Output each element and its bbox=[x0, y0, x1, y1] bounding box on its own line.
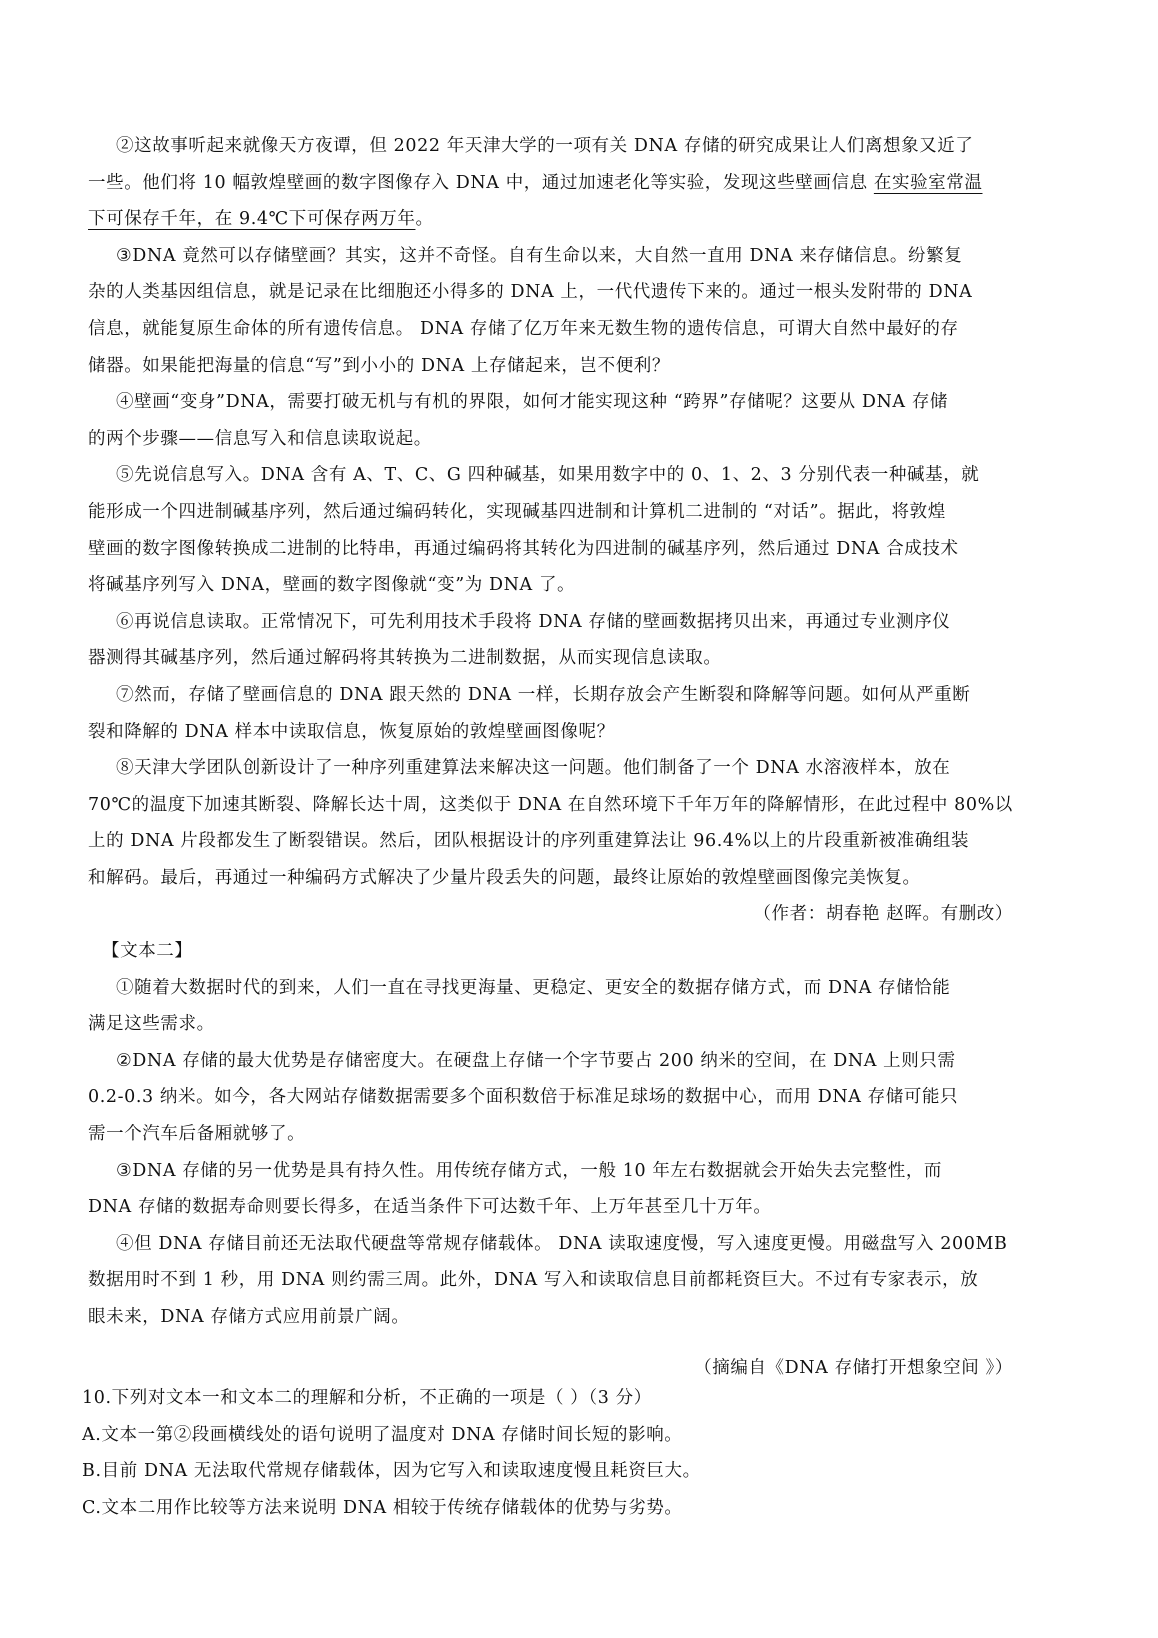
text-line: ⑤先说信息写入。DNA 含有 A、T、C、G 四种碱基，如果用数字中的 0、1、… bbox=[88, 457, 1023, 494]
text-line: 器测得其碱基序列，然后通过解码将其转换为二进制数据，从而实现信息读取。 bbox=[88, 640, 1023, 677]
text-span: 一些。他们将 10 幅敦煌壁画的数字图像存入 DNA 中，通过加速老化等实验，发… bbox=[88, 173, 874, 193]
text-line: 眼未来，DNA 存储方式应用前景广阔。 bbox=[88, 1299, 1023, 1336]
text-line: ③DNA 竟然可以存储壁画？其实，这并不奇怪。自有生命以来，大自然一直用 DNA… bbox=[88, 238, 1023, 275]
text-line: 下可保存千年，在 9.4℃下可保存两万年。 bbox=[88, 201, 1023, 238]
paragraph-t1-p5: ⑤先说信息写入。DNA 含有 A、T、C、G 四种碱基，如果用数字中的 0、1、… bbox=[88, 457, 1023, 603]
option-b: B.目前 DNA 无法取代常规存储载体，因为它写入和读取速度慢且耗资巨大。 bbox=[82, 1453, 1023, 1490]
paragraph-t1-p4: ④壁画“变身”DNA，需要打破无机与有机的界限，如何才能实现这种 “跨界”存储呢… bbox=[88, 384, 1023, 457]
text-line: 70℃的温度下加速其断裂、降解长达十周，这类似于 DNA 在自然环境下千年万年的… bbox=[88, 787, 1023, 824]
text-line: 上的 DNA 片段都发生了断裂错误。然后，团队根据设计的序列重建算法让 96.4… bbox=[88, 823, 1023, 860]
underlined-text: 下可保存千年，在 9.4℃下可保存两万年 bbox=[88, 209, 415, 229]
paragraph-t1-p7: ⑦然而，存储了壁画信息的 DNA 跟天然的 DNA 一样，长期存放会产生断裂和降… bbox=[88, 677, 1023, 750]
text-line: ⑥再说信息读取。正常情况下，可先利用技术手段将 DNA 存储的壁画数据拷贝出来，… bbox=[88, 604, 1023, 641]
paragraph-t2-p4: ④但 DNA 存储目前还无法取代硬盘等常规存储载体。 DNA 读取速度慢，写入速… bbox=[88, 1226, 1023, 1336]
option-c: C.文本二用作比较等方法来说明 DNA 相较于传统存储载体的优势与劣势。 bbox=[82, 1490, 1023, 1527]
paragraph-t1-p6: ⑥再说信息读取。正常情况下，可先利用技术手段将 DNA 存储的壁画数据拷贝出来，… bbox=[88, 604, 1023, 677]
text-span: 。 bbox=[415, 209, 433, 229]
question-10: 10.下列对文本一和文本二的理解和分析，不正确的一项是（ ）（3 分） A.文本… bbox=[88, 1380, 1023, 1526]
paragraph-t1-p8: ⑧天津大学团队创新设计了一种序列重建算法来解决这一问题。他们制备了一个 DNA … bbox=[88, 750, 1023, 896]
underlined-text: 在实验室常温 bbox=[874, 173, 983, 193]
text-line: ④但 DNA 存储目前还无法取代硬盘等常规存储载体。 DNA 读取速度慢，写入速… bbox=[88, 1226, 1023, 1263]
paragraph-t1-p2: ②这故事听起来就像天方夜谭，但 2022 年天津大学的一项有关 DNA 存储的研… bbox=[88, 128, 1023, 238]
text-line: 和解码。最后，再通过一种编码方式解决了少量片段丢失的问题，最终让原始的敦煌壁画图… bbox=[88, 860, 1023, 897]
paragraph-t2-p3: ③DNA 存储的另一优势是具有持久性。用传统存储方式，一般 10 年左右数据就会… bbox=[88, 1153, 1023, 1226]
text-line: 一些。他们将 10 幅敦煌壁画的数字图像存入 DNA 中，通过加速老化等实验，发… bbox=[88, 165, 1023, 202]
text-line: ②这故事听起来就像天方夜谭，但 2022 年天津大学的一项有关 DNA 存储的研… bbox=[88, 128, 1023, 165]
text-line: 储器。如果能把海量的信息“写”到小小的 DNA 上存储起来，岂不便利？ bbox=[88, 348, 1023, 385]
text-line: ②DNA 存储的最大优势是存储密度大。在硬盘上存储一个字节要占 200 纳米的空… bbox=[88, 1043, 1023, 1080]
text-line: ④壁画“变身”DNA，需要打破无机与有机的界限，如何才能实现这种 “跨界”存储呢… bbox=[88, 384, 1023, 421]
text-line: ①随着大数据时代的到来，人们一直在寻找更海量、更稳定、更安全的数据存储方式，而 … bbox=[88, 970, 1023, 1007]
text-line: 满足这些需求。 bbox=[88, 1006, 1023, 1043]
paragraph-t2-p1: ①随着大数据时代的到来，人们一直在寻找更海量、更稳定、更安全的数据存储方式，而 … bbox=[88, 970, 1023, 1043]
text-line: DNA 存储的数据寿命则要长得多，在适当条件下可达数千年、上万年甚至几十万年。 bbox=[88, 1189, 1023, 1226]
text2-heading: 【文本二】 bbox=[88, 933, 1023, 970]
text-line: 杂的人类基因组信息，就是记录在比细胞还小得多的 DNA 上，一代代遗传下来的。通… bbox=[88, 274, 1023, 311]
text-line: 需一个汽车后备厢就够了。 bbox=[88, 1116, 1023, 1153]
paragraph-t2-p2: ②DNA 存储的最大优势是存储密度大。在硬盘上存储一个字节要占 200 纳米的空… bbox=[88, 1043, 1023, 1153]
text-line: 0.2-0.3 纳米。如今，各大网站存储数据需要多个面积数倍于标准足球场的数据中… bbox=[88, 1079, 1023, 1116]
text-line: ⑦然而，存储了壁画信息的 DNA 跟天然的 DNA 一样，长期存放会产生断裂和降… bbox=[88, 677, 1023, 714]
option-a: A.文本一第②段画横线处的语句说明了温度对 DNA 存储时间长短的影响。 bbox=[82, 1417, 1023, 1454]
text-line: ⑧天津大学团队创新设计了一种序列重建算法来解决这一问题。他们制备了一个 DNA … bbox=[88, 750, 1023, 787]
document-page: ②这故事听起来就像天方夜谭，但 2022 年天津大学的一项有关 DNA 存储的研… bbox=[88, 128, 1023, 1527]
text-line: 能形成一个四进制碱基序列，然后通过编码转化，实现碱基四进制和计算机二进制的 “对… bbox=[88, 494, 1023, 531]
text-line: ③DNA 存储的另一优势是具有持久性。用传统存储方式，一般 10 年左右数据就会… bbox=[88, 1153, 1023, 1190]
paragraph-t1-p3: ③DNA 竟然可以存储壁画？其实，这并不奇怪。自有生命以来，大自然一直用 DNA… bbox=[88, 238, 1023, 384]
text1-source-attribution: （作者：胡春艳 赵晖。有删改） bbox=[88, 896, 1023, 933]
text-line: 信息，就能复原生命体的所有遗传信息。 DNA 存储了亿万年来无数生物的遗传信息，… bbox=[88, 311, 1023, 348]
text-line: 数据用时不到 1 秒，用 DNA 则约需三周。此外，DNA 写入和读取信息目前都… bbox=[88, 1262, 1023, 1299]
text-line: 的两个步骤——信息写入和信息读取说起。 bbox=[88, 421, 1023, 458]
text-line: 壁画的数字图像转换成二进制的比特串，再通过编码将其转化为四进制的碱基序列，然后通… bbox=[88, 531, 1023, 568]
text-line: 裂和降解的 DNA 样本中读取信息，恢复原始的敦煌壁画图像呢？ bbox=[88, 714, 1023, 751]
text2-source-attribution: （摘编自《DNA 存储打开想象空间 》） bbox=[88, 1336, 1023, 1387]
text-line: 将碱基序列写入 DNA，壁画的数字图像就“变”为 DNA 了。 bbox=[88, 567, 1023, 604]
